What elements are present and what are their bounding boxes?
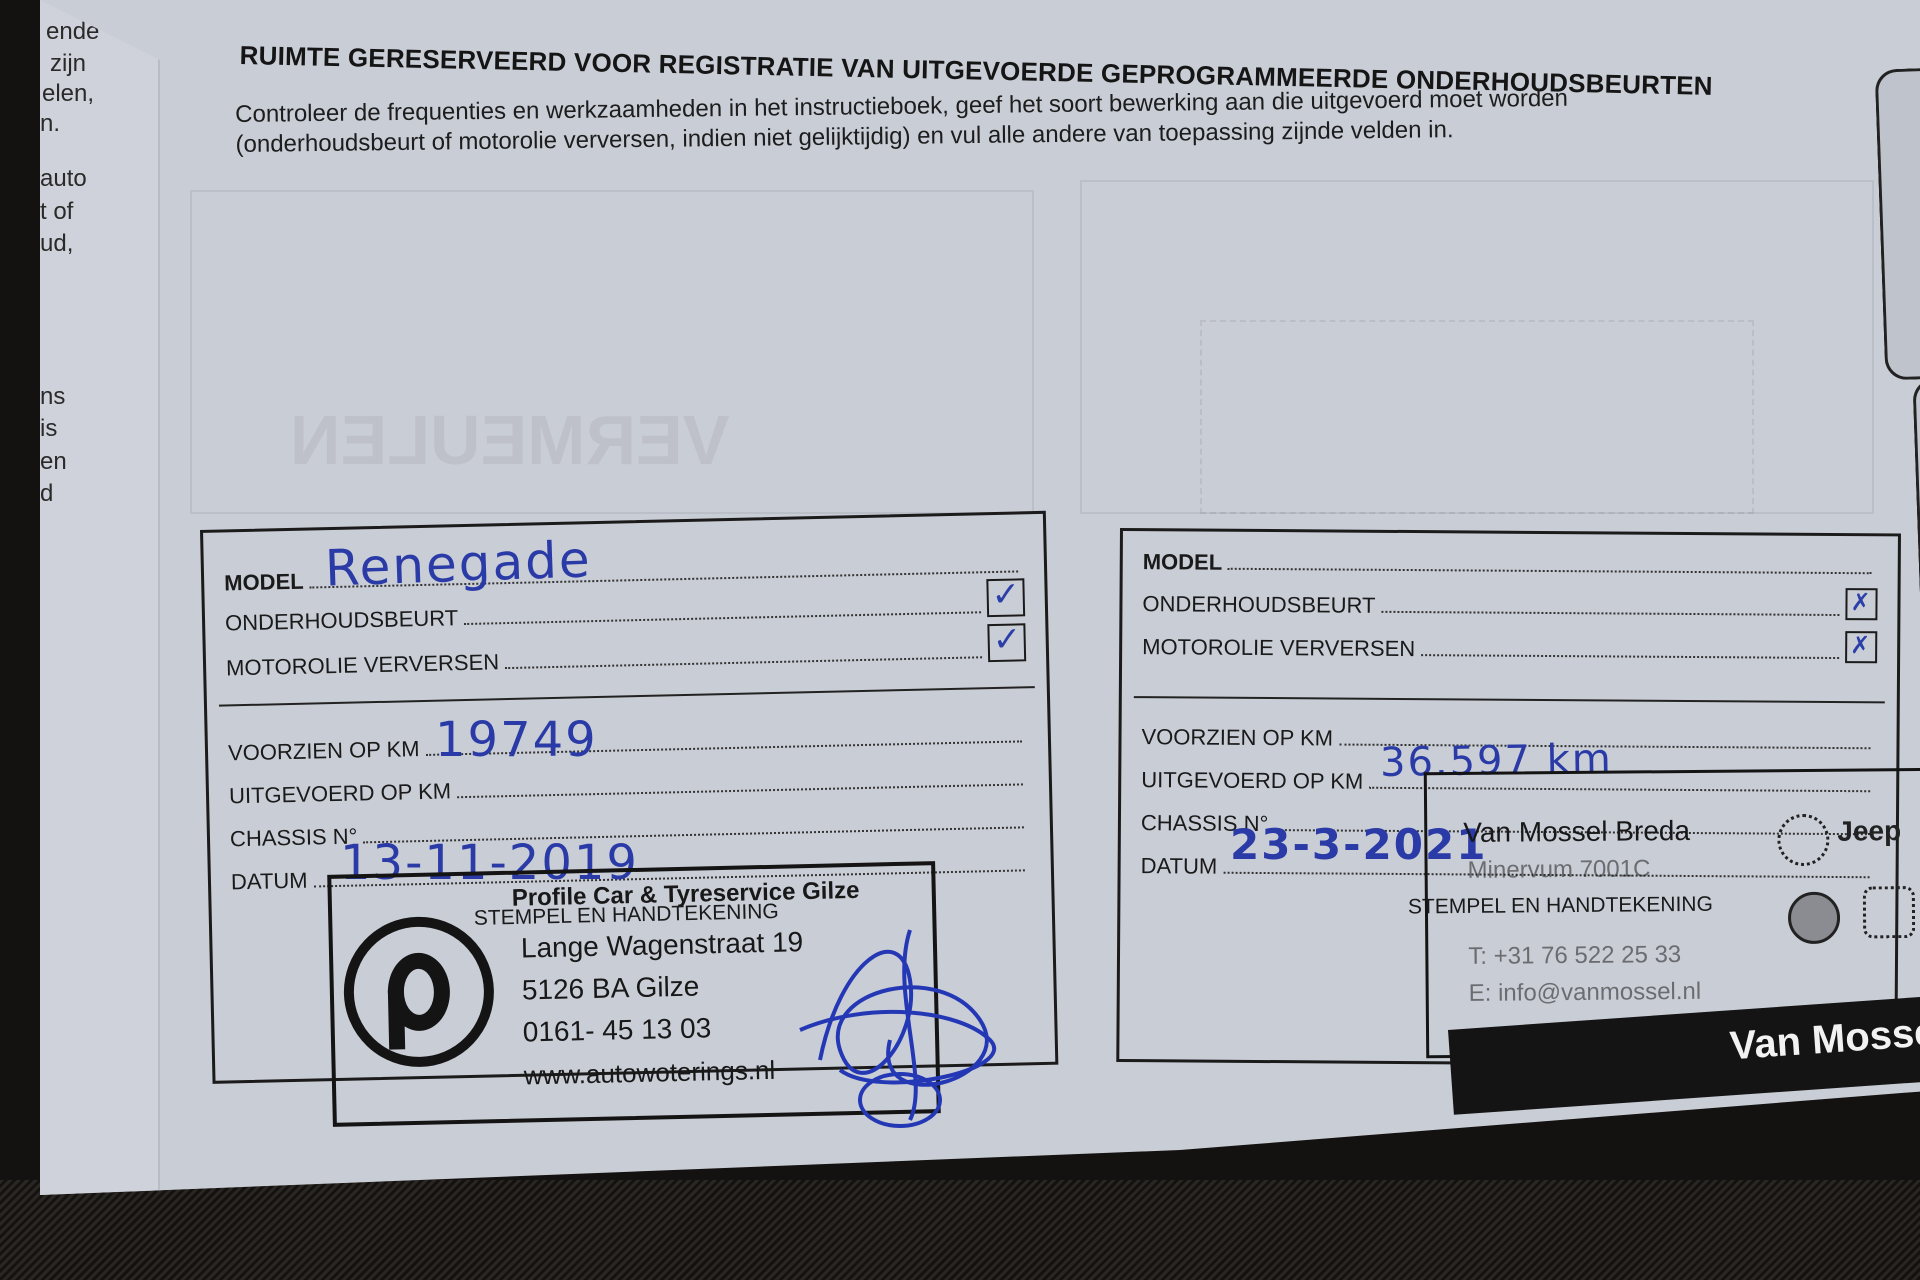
planned-km-label: VOORZIEN OP KM xyxy=(1141,724,1333,751)
stamp-email: E: info@vanmossel.nl xyxy=(1469,978,1702,1008)
cross-mark-icon: ✗ xyxy=(1850,588,1870,616)
stamp-postal-city: 5126 BA Gilze xyxy=(522,971,700,1007)
planned-km-label: VOORZIEN OP KM xyxy=(228,736,420,766)
model-field[interactable]: MODEL xyxy=(1143,541,1878,580)
performed-km-label: UITGEVOERD OP KM xyxy=(1141,767,1363,795)
signature-scribble-icon xyxy=(780,900,1010,1130)
seat-fabric-background xyxy=(0,1180,1920,1280)
left-page-fragment: ns xyxy=(40,383,65,411)
stamp-phone: T: +31 76 522 25 33 xyxy=(1468,941,1681,971)
stamp-website: www.autowoterings.nl xyxy=(523,1055,775,1092)
show-through-stamp xyxy=(1200,320,1754,514)
oil-change-label: MOTOROLIE VERVERSEN xyxy=(226,649,500,681)
checkmark-icon: ✓ xyxy=(991,574,1020,615)
stamp-street: Lange Wagenstraat 19 xyxy=(521,926,804,964)
service-checkbox[interactable]: ✗ xyxy=(1845,588,1877,620)
oil-change-checkbox[interactable]: ✓ xyxy=(987,623,1026,662)
divider xyxy=(1134,696,1885,703)
checkmark-icon: ✓ xyxy=(992,619,1021,660)
stamp-phone: 0161- 45 13 03 xyxy=(522,1012,711,1048)
left-page-fragment: t of xyxy=(40,198,73,226)
fiat-emblem-icon xyxy=(1788,892,1840,944)
left-page-fragment: n. xyxy=(40,110,60,138)
service-checkbox[interactable]: ✓ xyxy=(986,578,1025,617)
stamp-address: Minervum 7001C xyxy=(1468,855,1651,885)
profile-logo-icon xyxy=(342,915,495,1068)
oil-change-row: MOTOROLIE VERVERSEN ✓ xyxy=(226,629,1027,681)
oil-change-label: MOTOROLIE VERVERSEN xyxy=(1142,634,1415,662)
booklet-page: ende zijn elen, n. auto t of ud, ns is e… xyxy=(40,0,1920,1200)
cross-mark-icon: ✗ xyxy=(1850,631,1870,659)
left-page-fragment: elen, xyxy=(42,80,94,108)
date-label: DATUM xyxy=(1141,853,1218,880)
performed-km-field[interactable]: UITGEVOERD OP KM xyxy=(229,757,1030,809)
date-label: DATUM xyxy=(231,868,308,896)
show-through-logo: VERMEULEN xyxy=(290,400,729,480)
tab-garantie[interactable]: GARANTIE xyxy=(1875,66,1920,380)
left-page-fragment: zijn xyxy=(50,50,86,78)
performed-km-label: UITGEVOERD OP KM xyxy=(229,778,452,809)
oil-change-checkbox[interactable]: ✗ xyxy=(1845,631,1877,663)
divider xyxy=(219,686,1035,707)
left-page-fragment: ende xyxy=(46,18,99,46)
left-page-fragment: auto xyxy=(40,165,87,193)
stamp-company: Van Mossel Breda xyxy=(1463,815,1690,849)
van-mossel-banner-text: Van Mossel xyxy=(1728,1009,1920,1069)
handwritten-planned-km: 19749 xyxy=(435,712,598,768)
service-label: ONDERHOUDSBEURT xyxy=(225,605,459,636)
instructions: Controleer de frequenties en werkzaamhed… xyxy=(235,80,1876,160)
left-page-fragment: d xyxy=(40,480,53,508)
left-page-fragment: ud, xyxy=(40,230,73,258)
alfa-romeo-emblem-icon xyxy=(1777,814,1829,866)
service-label: ONDERHOUDSBEURT xyxy=(1142,591,1375,619)
left-page-fragment: en xyxy=(40,448,67,476)
tab-next-section[interactable] xyxy=(1912,377,1920,705)
stamp-signature-label: STEMPEL EN HANDTEKENING xyxy=(1408,893,1713,920)
chassis-label: CHASSIS N° xyxy=(230,824,358,853)
planned-km-field[interactable]: VOORZIEN OP KM xyxy=(228,714,1029,766)
left-page-edge: ende zijn elen, n. auto t of ud, ns is e… xyxy=(40,0,160,1200)
left-page-fragment: is xyxy=(40,415,57,443)
service-row: ONDERHOUDSBEURT ✗ xyxy=(1142,583,1877,622)
stamp-brand: Jeep xyxy=(1837,815,1901,848)
model-label: MODEL xyxy=(1143,549,1223,576)
handwritten-model: Renegade xyxy=(324,530,592,597)
abarth-emblem-icon xyxy=(1863,886,1915,938)
oil-change-row: MOTOROLIE VERVERSEN ✗ xyxy=(1142,626,1877,665)
model-label: MODEL xyxy=(224,569,304,597)
